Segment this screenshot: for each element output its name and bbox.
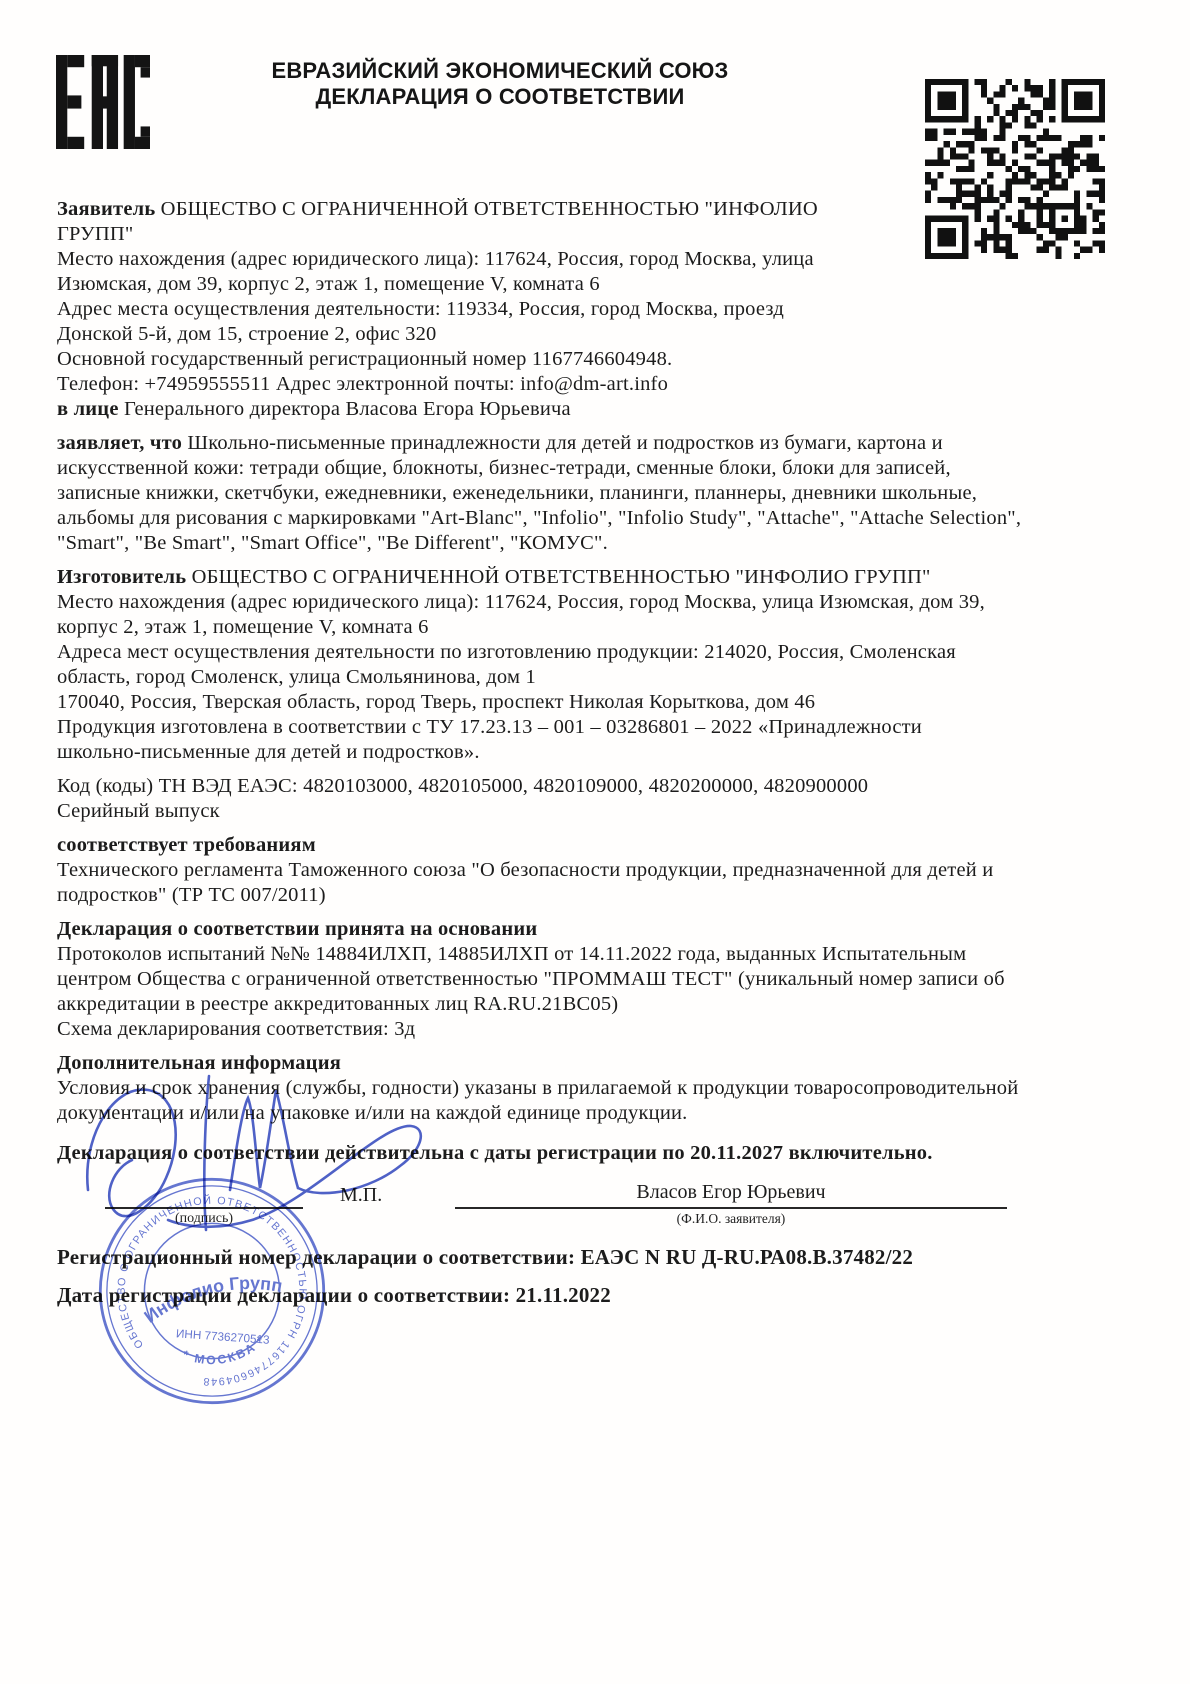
text-line: аккредитации в реестре аккредитованных л… bbox=[57, 992, 1147, 1017]
text-line: 170040, Россия, Тверская область, город … bbox=[57, 690, 1147, 715]
text-line: заявляет, что Школьно-письменные принадл… bbox=[57, 431, 1147, 456]
text-line: подростков" (ТР ТС 007/2011) bbox=[57, 883, 1147, 908]
title-line-2: ДЕКЛАРАЦИЯ О СООТВЕТСТВИИ bbox=[120, 84, 880, 110]
text-line: школьно-письменные для детей и подростко… bbox=[57, 740, 1147, 765]
paragraph: Декларация о соответствии принята на осн… bbox=[57, 917, 1147, 1042]
text-line: область, город Смоленск, улица Смольянин… bbox=[57, 665, 1147, 690]
paragraph: Изготовитель ОБЩЕСТВО С ОГРАНИЧЕННОЙ ОТВ… bbox=[57, 565, 1147, 765]
text-line: ГРУПП" bbox=[57, 222, 1147, 247]
stamp-inn-text: ИНН 7736270513 bbox=[176, 1327, 270, 1347]
text-line: Донской 5-й, дом 15, строение 2, офис 32… bbox=[57, 322, 1147, 347]
text-line: Изготовитель ОБЩЕСТВО С ОГРАНИЧЕННОЙ ОТВ… bbox=[57, 565, 1147, 590]
text-line: Заявитель ОБЩЕСТВО С ОГРАНИЧЕННОЙ ОТВЕТС… bbox=[57, 197, 1147, 222]
declaration-document-page: ЕВРАЗИЙСКИЙ ЭКОНОМИЧЕСКИЙ СОЮЗ ДЕКЛАРАЦИ… bbox=[0, 0, 1190, 1684]
text-line: Технического регламента Таможенного союз… bbox=[57, 858, 1147, 883]
text-line: Изюмская, дом 39, корпус 2, этаж 1, поме… bbox=[57, 272, 1147, 297]
text-line: Место нахождения (адрес юридического лиц… bbox=[57, 590, 1147, 615]
paragraph: соответствует требованиямТехнического ре… bbox=[57, 833, 1147, 908]
text-line: Декларация о соответствии принята на осн… bbox=[57, 917, 1147, 942]
text-line: Код (коды) ТН ВЭД ЕАЭС: 4820103000, 4820… bbox=[57, 774, 1147, 799]
text-line: Протоколов испытаний №№ 14884ИЛХП, 14885… bbox=[57, 942, 1147, 967]
document-body: Заявитель ОБЩЕСТВО С ОГРАНИЧЕННОЙ ОТВЕТС… bbox=[57, 197, 1147, 1166]
paragraph: Заявитель ОБЩЕСТВО С ОГРАНИЧЕННОЙ ОТВЕТС… bbox=[57, 197, 1147, 422]
text-line: Телефон: +74959555511 Адрес электронной … bbox=[57, 372, 1147, 397]
text-line: Адрес места осуществления деятельности: … bbox=[57, 297, 1147, 322]
paragraph: заявляет, что Школьно-письменные принадл… bbox=[57, 431, 1147, 556]
text-line: "Smart", "Be Smart", "Smart Office", "Be… bbox=[57, 531, 1147, 556]
text-line: Продукция изготовлена в соответствии с Т… bbox=[57, 715, 1147, 740]
company-stamp: ОБЩЕСТВО С ОГРАНИЧЕННОЙ ОТВЕТСТВЕННОСТЬЮ… bbox=[90, 1166, 334, 1416]
applicant-name-caption: (Ф.И.О. заявителя) bbox=[455, 1211, 1007, 1227]
text-line: записные книжки, скетчбуки, ежедневники,… bbox=[57, 481, 1147, 506]
text-line: Серийный выпуск bbox=[57, 799, 1147, 824]
document-title: ЕВРАЗИЙСКИЙ ЭКОНОМИЧЕСКИЙ СОЮЗ ДЕКЛАРАЦИ… bbox=[120, 58, 880, 110]
text-line: Место нахождения (адрес юридического лиц… bbox=[57, 247, 1147, 272]
text-line: искусственной кожи: тетради общие, блокн… bbox=[57, 456, 1147, 481]
text-line: Схема декларирования соответствия: 3д bbox=[57, 1017, 1147, 1042]
text-line: в лице Генерального директора Власова Ег… bbox=[57, 397, 1147, 422]
text-line: Основной государственный регистрационный… bbox=[57, 347, 1147, 372]
paragraph: Код (коды) ТН ВЭД ЕАЭС: 4820103000, 4820… bbox=[57, 774, 1147, 824]
text-line: альбомы для рисования с маркировками "Ar… bbox=[57, 506, 1147, 531]
title-line-1: ЕВРАЗИЙСКИЙ ЭКОНОМИЧЕСКИЙ СОЮЗ bbox=[120, 58, 880, 84]
text-line: центром Общества с ограниченной ответств… bbox=[57, 967, 1147, 992]
text-line: Адреса мест осуществления деятельности п… bbox=[57, 640, 1147, 665]
text-line: корпус 2, этаж 1, помещение V, комната 6 bbox=[57, 615, 1147, 640]
applicant-name-line bbox=[455, 1207, 1007, 1209]
applicant-name: Власов Егор Юрьевич bbox=[455, 1181, 1007, 1204]
text-line: соответствует требованиям bbox=[57, 833, 1147, 858]
